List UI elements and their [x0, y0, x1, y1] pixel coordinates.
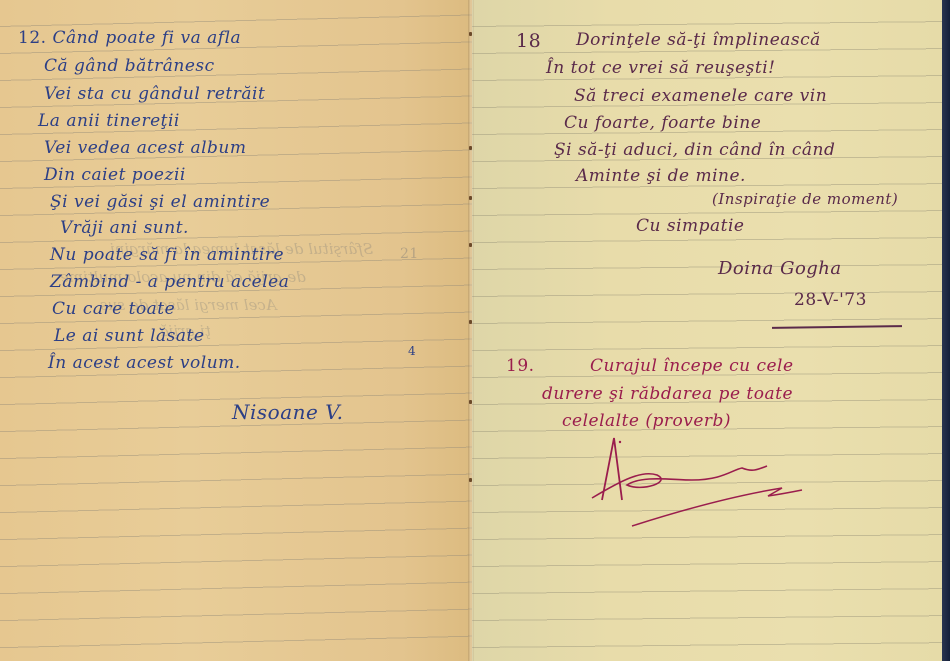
entry-19-line-3: celelalte (proverb)	[562, 411, 731, 431]
entry-18-line-1: Dorinţele să-ţi împlinească	[576, 30, 821, 50]
bleed-through-number: 21	[400, 246, 419, 262]
stitch-mark	[469, 196, 472, 200]
entry-number: 12.	[18, 28, 47, 48]
entry-18-line-2: În tot ce vrei să reuşeşti!	[546, 58, 776, 78]
right-page: 18 Dorinţele să-ţi împlinească În tot ce…	[472, 0, 942, 661]
entry-18-line-3: Să treci examenele care vin	[574, 86, 827, 106]
entry-number: 18	[516, 30, 541, 52]
entry-12-line-4: La anii tinereţii	[38, 111, 180, 131]
entry-12-line-12: Le ai sunt lăsate	[54, 326, 204, 346]
signature-scribble-icon	[582, 430, 822, 530]
background-edge	[942, 0, 950, 661]
entry-19-number: 19.	[506, 356, 535, 376]
stitch-mark	[469, 32, 472, 36]
entry-number: 19.	[506, 356, 535, 376]
entry-18-note: (Inspiraţie de moment)	[712, 190, 898, 208]
entry-12-line-1: 12. Când poate fi va afla	[18, 28, 241, 48]
binding-gutter	[468, 0, 474, 661]
entry-12-line-10: Zâmbind - a pentru acelea	[50, 272, 289, 292]
entry-18-line-4: Cu foarte, foarte bine	[564, 113, 761, 133]
entry-19-line-1: Curajul începe cu cele	[590, 356, 794, 376]
entry-18-line-6: Aminte şi de mine.	[576, 166, 746, 186]
left-page: Sfârşitul de lăsat lumea la mărgini de g…	[0, 0, 472, 661]
signature-nisoane: Nisoane V.	[232, 400, 344, 424]
entry-18-closing: Cu simpatie	[636, 216, 745, 236]
entry-18-line-5: Şi să-ţi aduci, din când în când	[554, 140, 835, 160]
entry-12-line-9: Nu poate să fi în amintire	[50, 245, 284, 265]
notebook-spread: Sfârşitul de lăsat lumea la mărgini de g…	[0, 0, 942, 661]
margin-mark: 4	[408, 344, 416, 358]
stitch-mark	[469, 320, 472, 324]
entry-19-line-2: durere şi răbdarea pe toate	[542, 384, 793, 404]
stitch-mark	[469, 243, 472, 247]
stitch-mark	[469, 146, 472, 150]
entry-12-line-13: În acest acest volum.	[48, 353, 241, 373]
entry-12-line-6: Din caiet poezii	[44, 165, 186, 185]
stitch-mark	[469, 400, 472, 404]
entry-12-line-2: Că gând bătrânesc	[44, 56, 215, 76]
entry-line: Când poate fi va afla	[52, 28, 241, 48]
entry-12-line-7: Şi vei găsi şi el amintire	[50, 192, 270, 212]
entry-12-line-5: Vei vedea acest album	[44, 138, 246, 158]
entry-18-date: 28-V-'73	[794, 290, 867, 310]
entry-12-line-8: Vrăji ani sunt.	[60, 218, 189, 238]
entry-18-number: 18	[516, 30, 541, 52]
entry-separator-line	[772, 325, 902, 328]
signature-doina: Doina Gogha	[718, 258, 842, 279]
entry-12-line-3: Vei sta cu gândul retrăit	[44, 84, 265, 104]
stitch-mark	[469, 478, 472, 482]
entry-12-line-11: Cu care toate	[52, 299, 175, 319]
